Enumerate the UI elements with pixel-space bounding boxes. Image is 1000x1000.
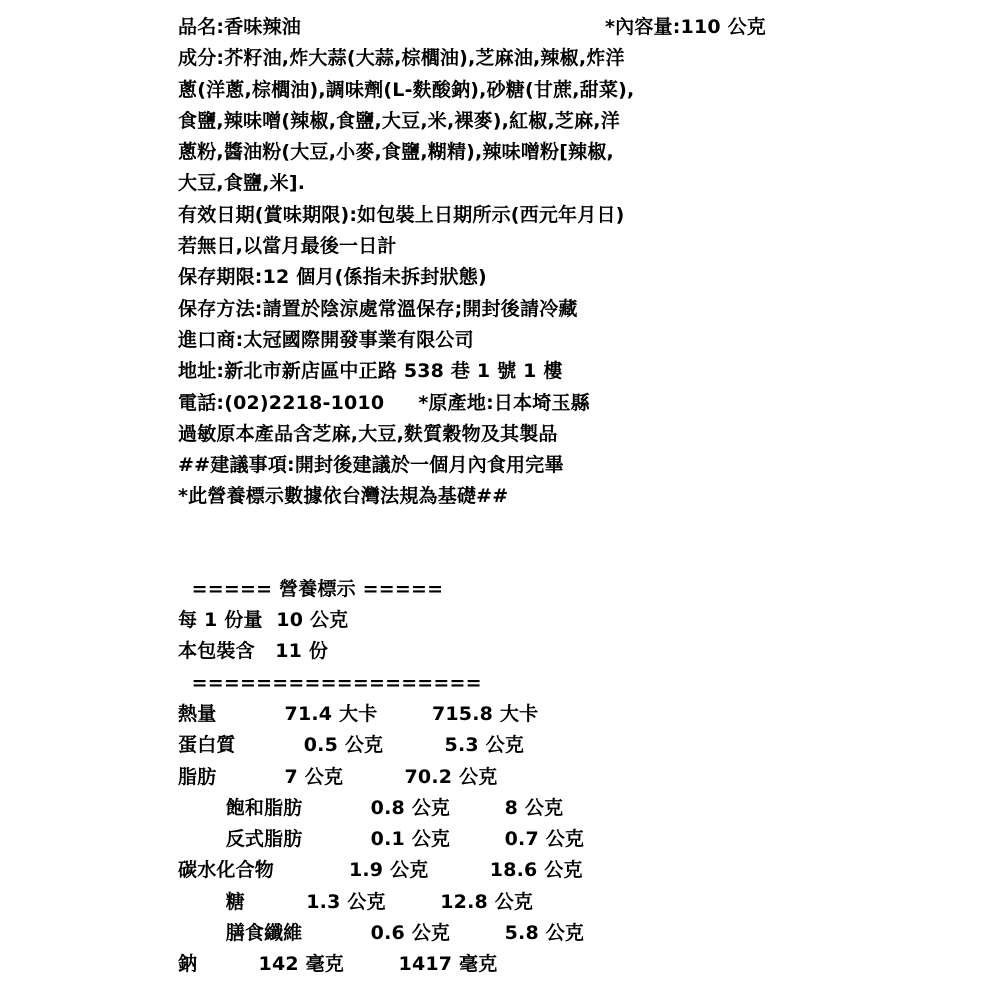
ingredients-line-5: 大豆,食鹽,米]. <box>178 168 766 199</box>
nutrition-row-fat: 脂肪 7 公克 70.2 公克 <box>178 762 766 793</box>
nutrition-servings-per-package: 本包裝含 11 份 <box>178 636 766 667</box>
expiry-note-line: 若無日,以當月最後一日計 <box>178 231 766 262</box>
nutrition-panel: ===== 營養標示 ===== 每 1 份量 10 公克 本包裝含 11 份 … <box>178 574 766 981</box>
expiry-date-line: 有效日期(賞味期限):如包裝上日期所示(西元年月日) <box>178 200 766 231</box>
address-line: 地址:新北市新店區中正路 538 巷 1 號 1 樓 <box>178 356 766 387</box>
product-label-page: 品名:香味辣油 *內容量:110 公克 成分:芥籽油,炸大蒜(大蒜,棕櫚油),芝… <box>0 0 1000 1000</box>
ingredients-line-1: 成分:芥籽油,炸大蒜(大蒜,棕櫚油),芝麻油,辣椒,炸洋 <box>178 43 766 74</box>
label-text-block: 品名:香味辣油 *內容量:110 公克 成分:芥籽油,炸大蒜(大蒜,棕櫚油),芝… <box>178 12 766 981</box>
product-name-line: 品名:香味辣油 *內容量:110 公克 <box>178 12 766 43</box>
nutrition-row-calories: 熱量 71.4 大卡 715.8 大卡 <box>178 699 766 730</box>
phone-origin-line: 電話:(02)2218-1010 *原產地:日本埼玉縣 <box>178 388 766 419</box>
nutrition-title: ===== 營養標示 ===== <box>178 574 766 605</box>
ingredients-line-4: 蔥粉,醬油粉(大豆,小麥,食鹽,糊精),辣味噌粉[辣椒, <box>178 137 766 168</box>
shelf-life-line: 保存期限:12 個月(係指未拆封狀態) <box>178 262 766 293</box>
regulation-note-line: *此營養標示數據依台灣法規為基礎## <box>178 481 766 512</box>
nutrition-row-saturated-fat: 飽和脂肪 0.8 公克 8 公克 <box>178 793 766 824</box>
nutrition-serving-size: 每 1 份量 10 公克 <box>178 605 766 636</box>
suggestion-line: ##建議事項:開封後建議於一個月內食用完畢 <box>178 450 766 481</box>
nutrition-row-carbohydrate: 碳水化合物 1.9 公克 18.6 公克 <box>178 855 766 886</box>
nutrition-row-trans-fat: 反式脂肪 0.1 公克 0.7 公克 <box>178 824 766 855</box>
ingredients-line-2: 蔥(洋蔥,棕櫚油),調味劑(L-麩酸鈉),砂糖(甘蔗,甜菜), <box>178 75 766 106</box>
allergen-line: 過敏原本產品含芝麻,大豆,麩質穀物及其製品 <box>178 419 766 450</box>
storage-method-line: 保存方法:請置於陰涼處常溫保存;開封後請冷藏 <box>178 294 766 325</box>
nutrition-row-dietary-fiber: 膳食纖維 0.6 公克 5.8 公克 <box>178 918 766 949</box>
ingredients-line-3: 食鹽,辣味噌(辣椒,食鹽,大豆,米,裸麥),紅椒,芝麻,洋 <box>178 106 766 137</box>
product-name: 品名:香味辣油 <box>178 12 301 43</box>
net-content: *內容量:110 公克 <box>605 12 766 43</box>
nutrition-row-sugar: 糖 1.3 公克 12.8 公克 <box>178 887 766 918</box>
nutrition-row-protein: 蛋白質 0.5 公克 5.3 公克 <box>178 730 766 761</box>
nutrition-separator: ================== <box>178 668 766 699</box>
nutrition-row-sodium: 鈉 142 毫克 1417 毫克 <box>178 949 766 980</box>
importer-line: 進口商:太冠國際開發事業有限公司 <box>178 325 766 356</box>
